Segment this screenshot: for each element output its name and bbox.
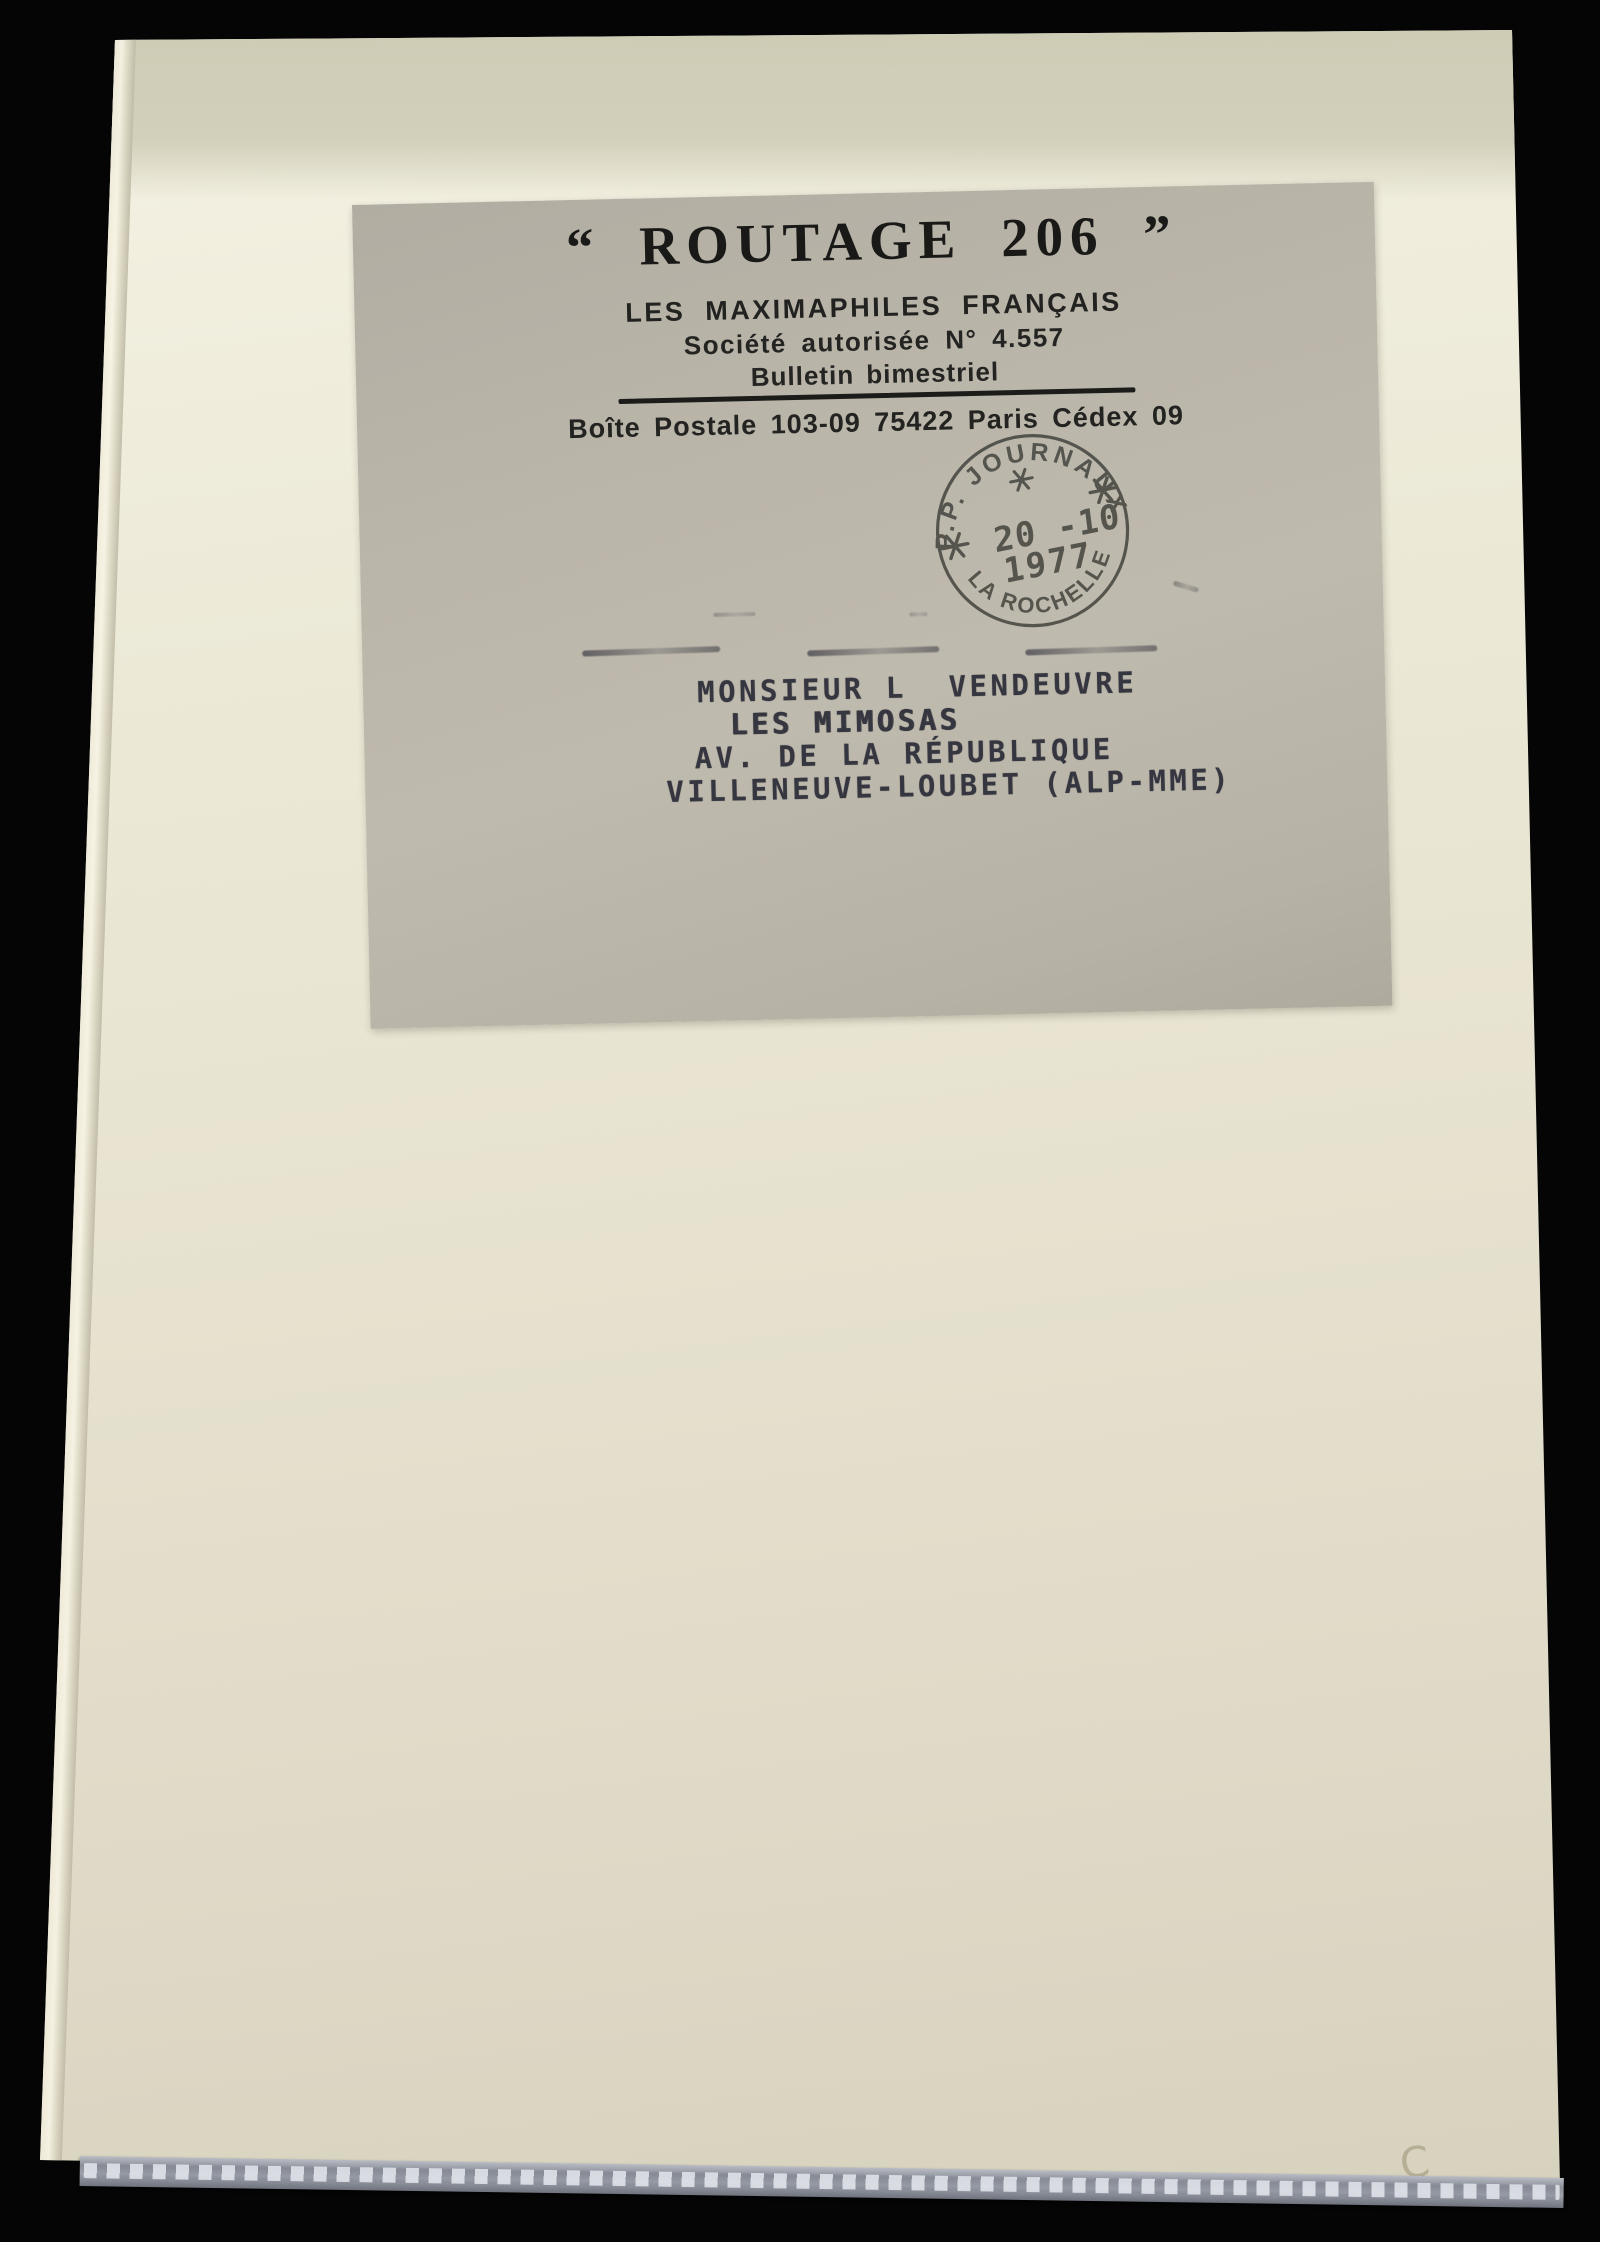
- ink-stray-mark: [1173, 581, 1199, 593]
- postmark-svg: P.P. JOURNAUX 17 - LA ROCHELLE R.P.: [903, 401, 1162, 660]
- asterisk-center-icon: [1009, 468, 1034, 491]
- machine-cancel-smudge: [807, 646, 939, 656]
- photo-scene: “ ROUTAGE 206 ” LES MAXIMAPHILES FRANÇAI…: [0, 0, 1600, 2242]
- envelope-cover: “ ROUTAGE 206 ” LES MAXIMAPHILES FRANÇAI…: [352, 182, 1392, 1029]
- machine-cancel-smudge: [713, 612, 755, 617]
- machine-cancel-smudge: [1025, 645, 1157, 655]
- postmark-stamp: P.P. JOURNAUX 17 - LA ROCHELLE R.P.: [920, 418, 1145, 643]
- machine-cancel-smudge: [582, 646, 720, 657]
- envelope-title: “ ROUTAGE 206 ”: [565, 202, 1178, 279]
- sleeve-left-edge: [39, 38, 136, 2187]
- envelope-society-line: Société autorisée N° 4.557: [683, 322, 1065, 362]
- recipient-address-block: MONSIEUR L VENDEUVRE LES MIMOSAS AV. DE …: [363, 660, 1385, 683]
- envelope-bulletin-line: Bulletin bimestriel: [750, 356, 999, 393]
- machine-cancel-smudge: [909, 612, 927, 616]
- album-page: “ ROUTAGE 206 ” LES MAXIMAPHILES FRANÇAI…: [36, 30, 1566, 2200]
